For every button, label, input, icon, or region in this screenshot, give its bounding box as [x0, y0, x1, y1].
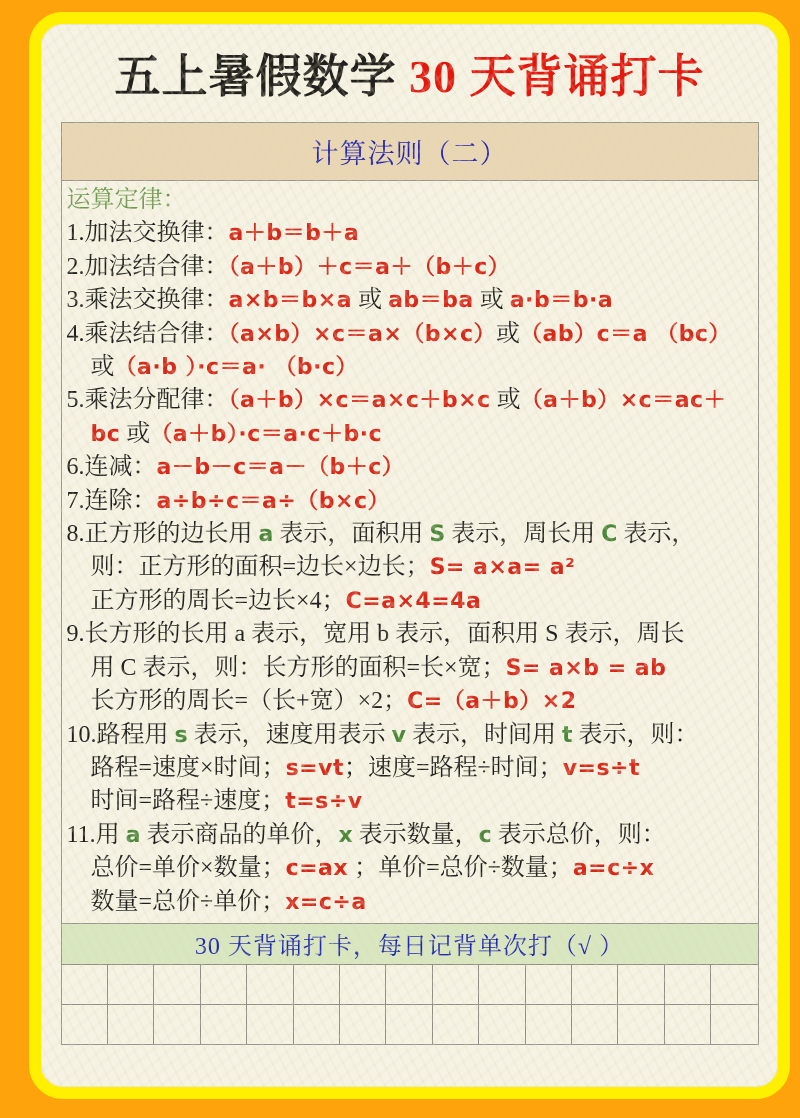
text-segment: 长方形的周长=（长+宽）×2； [91, 688, 408, 714]
text-segment: a·b＝b·a [510, 288, 613, 313]
text-segment: a÷b÷c＝a÷（b×c） [157, 489, 391, 514]
day-checkin-cell [154, 1005, 200, 1044]
rule-line: 2.加法结合律：（a＋b）＋c＝a＋（b＋c） [67, 251, 753, 284]
text-segment: a=c÷x [573, 856, 654, 881]
rule-line: 长方形的周长=（长+宽）×2；C=（a＋b）×2 [67, 685, 753, 718]
text-segment: 或 [91, 354, 115, 380]
rules-list: 运算定律：1.加法交换律：a＋b＝b＋a2.加法结合律：（a＋b）＋c＝a＋（b… [62, 181, 758, 923]
text-segment: 正方形的周长=边长×4； [91, 588, 346, 614]
day-checkin-cell [294, 1005, 340, 1044]
text-segment: C=a×4=4a [346, 589, 482, 614]
day-checkin-cell [572, 965, 618, 1005]
day-checkin-cell [62, 965, 108, 1005]
text-segment: 11.用 [67, 822, 126, 848]
text-segment: 8.正方形的边长用 [67, 521, 259, 547]
text-segment: t=s÷v [285, 789, 362, 814]
text-segment: c=ax [286, 856, 349, 881]
text-segment: （a＋b）＋c＝a＋（b＋c） [229, 255, 511, 280]
text-segment: 表示数量， [353, 822, 479, 848]
day-checkin-cell [665, 965, 711, 1005]
day-checkin-cell [108, 965, 154, 1005]
text-segment: 数量=总价÷单价； [91, 889, 286, 915]
text-segment: s=vt [286, 756, 344, 781]
text-segment: 用 C 表示，则：长方形的面积=长×宽； [91, 655, 506, 681]
text-segment: 总价=单价×数量； [91, 855, 286, 881]
rule-line: 路程=速度×时间；s=vt；速度=路程÷时间；v=s÷t [67, 752, 753, 785]
text-segment: t [562, 723, 573, 748]
text-segment: 或 [496, 321, 520, 347]
text-segment: 表示， [617, 521, 695, 547]
text-segment: C [601, 522, 617, 547]
day-checkin-cell [479, 965, 525, 1005]
rule-line: 7.连除：a÷b÷c＝a÷（b×c） [67, 485, 753, 518]
section-header: 计算法则（二） [62, 123, 758, 181]
text-segment: s [175, 723, 188, 748]
rule-line: 则：正方形的面积=边长×边长；S= a×a= a² [67, 551, 753, 584]
text-segment: C=（a＋b）×2 [407, 689, 576, 714]
text-segment: （a×b）×c＝a×（b×c） [229, 322, 497, 347]
text-segment: a－b－c＝a－（b＋c） [157, 455, 405, 480]
text-segment: 5.乘法分配律： [67, 387, 229, 413]
day-checkin-cell [386, 1005, 432, 1044]
rule-line: 1.加法交换律：a＋b＝b＋a [67, 217, 753, 250]
text-segment: 6.连减： [67, 454, 157, 480]
text-segment: S [429, 522, 445, 547]
rules-sheet: 计算法则（二） 运算定律：1.加法交换律：a＋b＝b＋a2.加法结合律：（a＋b… [61, 122, 759, 1045]
text-segment: ；速度=路程÷时间； [344, 755, 563, 781]
text-segment: v=s÷t [563, 756, 640, 781]
text-segment: v [392, 723, 406, 748]
rule-line: 8.正方形的边长用 a 表示，面积用 S 表示，周长用 C 表示， [67, 518, 753, 551]
rule-line: 3.乘法交换律：a×b＝b×a 或 ab＝ba 或 a·b＝b·a [67, 284, 753, 317]
day-checkin-cell [711, 1005, 757, 1044]
day-checkin-cell [618, 1005, 664, 1044]
text-segment: a＋b＝b＋a [229, 221, 360, 246]
rule-line: 数量=总价÷单价；x=c÷a [67, 886, 753, 919]
section-header-label: 计算法则（二） [312, 132, 508, 171]
text-segment: ；单价=总价÷数量； [348, 855, 573, 881]
day-checkin-cell [201, 965, 247, 1005]
text-segment: 表示，时间用 [406, 722, 562, 748]
text-segment: 4.乘法结合律： [67, 321, 229, 347]
page-title: 五上暑假数学 30 天背诵打卡 [41, 46, 778, 108]
text-segment: S= a×a= a² [430, 555, 576, 580]
text-segment: （a＋b）×c＝a×c＋b×c [229, 388, 491, 413]
day-checkin-cell [294, 965, 340, 1005]
rule-line: 6.连减：a－b－c＝a－（b＋c） [67, 451, 753, 484]
text-segment: 运算定律： [67, 187, 187, 213]
checkin-grid [62, 964, 758, 1044]
day-checkin-cell [340, 1005, 386, 1044]
text-segment: （ab）c＝a （bc） [520, 322, 731, 347]
text-segment: 或 [120, 421, 150, 447]
text-segment: x=c÷a [285, 890, 366, 915]
day-checkin-cell [711, 965, 757, 1005]
text-segment: 或 [474, 287, 510, 313]
rule-line: 或（a·b ）·c＝a· （b·c） [67, 351, 753, 384]
rule-line: 正方形的周长=边长×4；C=a×4=4a [67, 585, 753, 618]
rule-line: 10.路程用 s 表示，速度用表示 v 表示，时间用 t 表示，则： [67, 719, 753, 752]
day-checkin-cell [247, 1005, 293, 1044]
checkin-banner-label: 30 天背诵打卡，每日记背单次打（√ ） [195, 926, 624, 961]
day-checkin-cell [665, 1005, 711, 1044]
day-checkin-cell [247, 965, 293, 1005]
text-segment: a×b＝b×a [229, 288, 353, 313]
text-segment: a [259, 522, 274, 547]
text-segment: 3.乘法交换律： [67, 287, 229, 313]
page-title-black: 五上暑假数学 [115, 51, 397, 102]
day-checkin-cell [479, 1005, 525, 1044]
text-segment: 则：正方形的面积=边长×边长； [91, 554, 430, 580]
day-checkin-cell [386, 965, 432, 1005]
text-segment: （a·b ）·c＝a· （b·c） [115, 355, 359, 380]
rule-line: 运算定律： [67, 184, 753, 217]
text-segment: 10.路程用 [67, 722, 175, 748]
page-title-red: 30 天背诵打卡 [397, 51, 705, 102]
day-checkin-cell [154, 965, 200, 1005]
rule-line: 9.长方形的长用 a 表示，宽用 b 表示，面积用 S 表示，周长 [67, 618, 753, 651]
text-segment: 路程=速度×时间； [91, 755, 286, 781]
text-segment: x [338, 823, 352, 848]
rule-line: 总价=单价×数量；c=ax ；单价=总价÷数量；a=c÷x [67, 852, 753, 885]
day-checkin-cell [340, 965, 386, 1005]
day-checkin-cell [572, 1005, 618, 1044]
day-checkin-cell [62, 1005, 108, 1044]
text-segment: 表示总价，则： [492, 822, 666, 848]
rule-line: 时间=路程÷速度；t=s÷v [67, 785, 753, 818]
text-segment: 或 [352, 287, 388, 313]
text-segment: （a＋b）·c＝a·c＋b·c [150, 422, 382, 447]
text-segment: ab＝ba [388, 288, 474, 313]
checkin-banner: 30 天背诵打卡，每日记背单次打（√ ） [62, 923, 758, 964]
rule-line: bc 或（a＋b）·c＝a·c＋b·c [67, 418, 753, 451]
text-segment: 1.加法交换律： [67, 220, 229, 246]
text-segment: S= a×b = ab [506, 656, 667, 681]
day-checkin-cell [618, 965, 664, 1005]
text-segment: 表示商品的单价， [140, 822, 338, 848]
text-segment: c [479, 823, 492, 848]
day-checkin-cell [201, 1005, 247, 1044]
day-checkin-cell [526, 1005, 572, 1044]
text-segment: 或 [491, 387, 521, 413]
text-segment: 表示，面积用 [273, 521, 429, 547]
text-segment: 表示，周长用 [445, 521, 601, 547]
rule-line: 用 C 表示，则：长方形的面积=长×宽；S= a×b = ab [67, 652, 753, 685]
day-checkin-cell [108, 1005, 154, 1044]
text-segment: bc [91, 422, 121, 447]
text-segment: 2.加法结合律： [67, 254, 229, 280]
text-segment: 7.连除： [67, 488, 157, 514]
rule-line: 4.乘法结合律：（a×b）×c＝a×（b×c）或（ab）c＝a （bc） [67, 318, 753, 351]
day-checkin-cell [433, 965, 479, 1005]
text-segment: 9.长方形的长用 a 表示，宽用 b 表示，面积用 S 表示，周长 [67, 621, 685, 647]
text-segment: （a＋b）×c＝ac＋ [521, 388, 726, 413]
rule-line: 11.用 a 表示商品的单价，x 表示数量，c 表示总价，则： [67, 819, 753, 852]
day-checkin-cell [433, 1005, 479, 1044]
text-segment: 表示，则： [572, 722, 698, 748]
rule-line: 5.乘法分配律：（a＋b）×c＝a×c＋b×c 或（a＋b）×c＝ac＋ [67, 384, 753, 417]
text-segment: 时间=路程÷速度； [91, 788, 286, 814]
text-segment: a [126, 823, 141, 848]
text-segment: 表示，速度用表示 [188, 722, 392, 748]
worksheet-page: 五上暑假数学 30 天背诵打卡 计算法则（二） 运算定律：1.加法交换律：a＋b… [29, 12, 790, 1099]
day-checkin-cell [526, 965, 572, 1005]
